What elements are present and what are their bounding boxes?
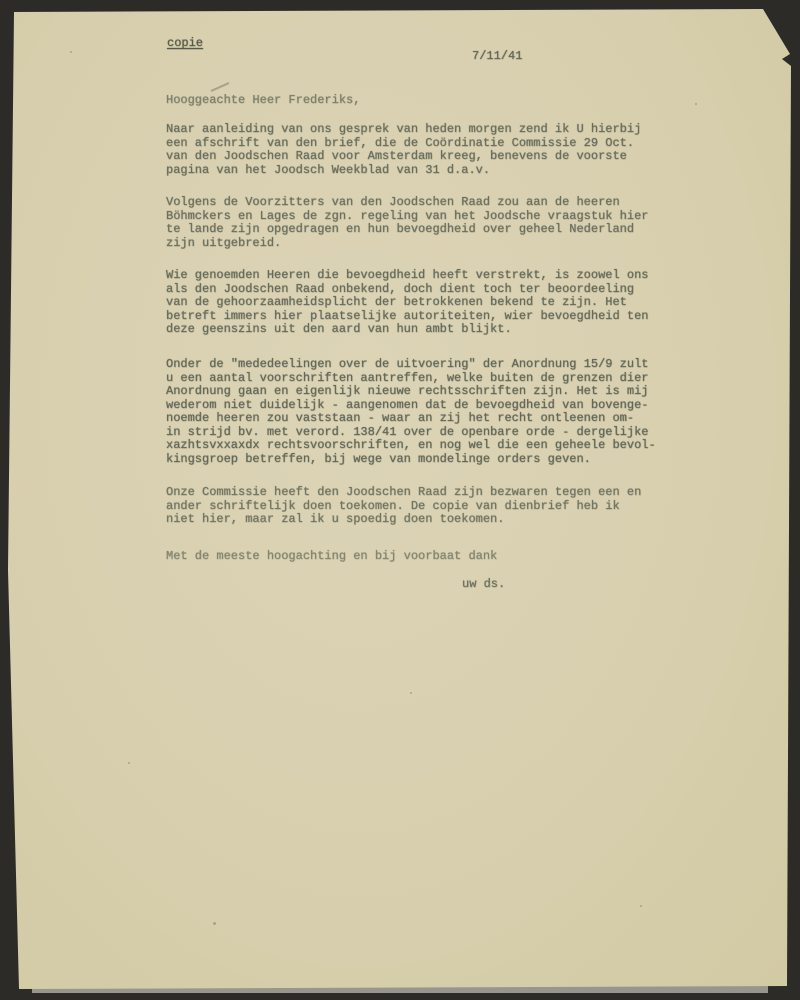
closing-line: Met de meeste hoogachting en bij voorbaa… <box>166 550 497 564</box>
letter-date: 7/11/41 <box>472 50 522 64</box>
signature: uw ds. <box>462 578 505 592</box>
paper-speck <box>213 922 216 925</box>
paper-speck <box>410 692 412 694</box>
paragraph-5: Onze Commissie heeft den Joodschen Raad … <box>166 486 641 527</box>
letter-paper: copie 7/11/41 Hooggeachte Heer Frederiks… <box>0 0 800 1000</box>
paper-speck <box>695 103 697 105</box>
scanned-letter-screenshot: { "letter": { "label": "copie", "date": … <box>0 0 800 1000</box>
pencil-mark <box>210 82 229 92</box>
paragraph-3: Wie genoemden Heeren die bevoegdheid hee… <box>166 269 648 337</box>
paragraph-1: Naar aanleiding van ons gesprek van hede… <box>166 123 641 177</box>
salutation: Hooggeachte Heer Frederiks, <box>166 94 360 108</box>
paper-speck <box>640 905 642 907</box>
paper-speck <box>70 51 72 53</box>
paper-speck <box>128 762 130 764</box>
paragraph-2: Volgens de Voorzitters van den Joodschen… <box>166 196 648 250</box>
copy-label: copie <box>167 37 203 51</box>
paragraph-4: Onder de "mededeelingen over de uitvoeri… <box>166 358 656 466</box>
